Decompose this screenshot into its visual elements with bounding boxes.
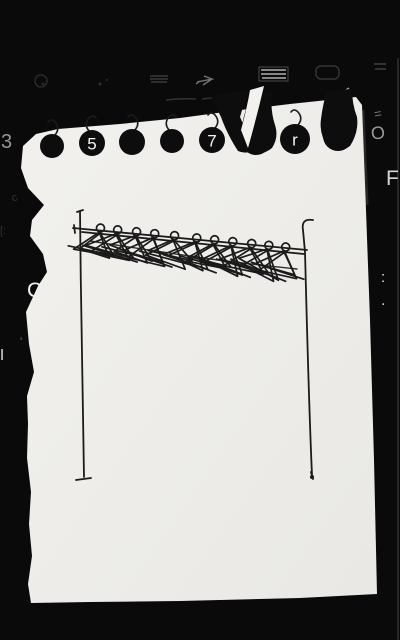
punch-hole <box>40 134 64 158</box>
hole-label: 7 <box>207 132 216 151</box>
smudge-dot <box>106 79 108 81</box>
punch-hole <box>119 129 145 155</box>
notebook-paper <box>21 97 377 603</box>
smudge-dot <box>42 83 45 86</box>
hole-label: r <box>292 131 298 150</box>
hole-label: 5 <box>87 135 96 154</box>
rack-rail <box>74 225 75 233</box>
scan-photo: 57r 3=OFC:.ll'c[: <box>0 0 400 640</box>
smudge-dot <box>98 82 101 85</box>
rack-right-foot <box>310 475 314 479</box>
hole-shadow-blob <box>321 89 358 151</box>
sketch-scene: 57r <box>0 0 400 640</box>
punch-hole <box>160 129 184 153</box>
